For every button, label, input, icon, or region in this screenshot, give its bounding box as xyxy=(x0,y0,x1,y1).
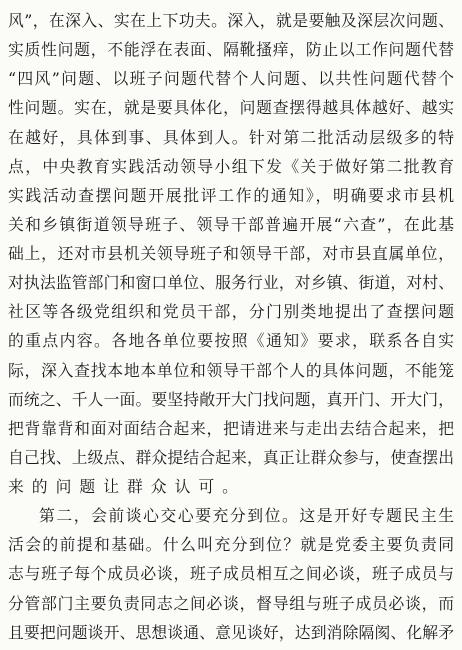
text-line: 来的问题让群众认可。 xyxy=(8,472,454,501)
text-line: 性问题。实在，就是要具体化，问题查摆得越具体越好、越实 xyxy=(8,93,454,122)
scanned-document-page: 风”，在深入、实在上下功夫。深入，就是要触及深层次问题、 实质性问题，不能浮在表… xyxy=(0,0,462,650)
text-line: 实践活动查摆问题开展批评工作的通知》，明确要求市县机 xyxy=(8,181,454,210)
text-line: 的重点内容。各地各单位要按照《通知》要求，联系各自实 xyxy=(8,326,454,355)
text-line: 第二，会前谈心交心要充分到位。这是开好专题民主生 xyxy=(8,501,454,530)
text-line: 础上，还对市县机关领导班子和领导干部，对市县直属单位， xyxy=(8,239,454,268)
text-line: 活会的前提和基础。什么叫充分到位？就是党委主要负责同 xyxy=(8,530,454,559)
text-line: 且要把问题谈开、思想谈通、意见谈好，达到消除隔阂、化解矛 xyxy=(8,618,454,647)
text-line: 际，深入查找本地本单位和领导干部个人的具体问题，不能笼 xyxy=(8,356,454,385)
text-line: 对执法监管部门和窗口单位、服务行业，对乡镇、街道，对村、 xyxy=(8,268,454,297)
text-line: 把背靠背和面对面结合起来，把请进来与走出去结合起来，把 xyxy=(8,414,454,443)
text-line: 而统之、千人一面。要坚持敞开大门找问题，真开门、开大门， xyxy=(8,385,454,414)
text-line: 风”，在深入、实在上下功夫。深入，就是要触及深层次问题、 xyxy=(8,6,454,35)
text-line: 志与班子每个成员必谈，班子成员相互之间必谈，班子成员与 xyxy=(8,559,454,588)
text-line: 实质性问题，不能浮在表面、隔靴搔痒，防止以工作问题代替 xyxy=(8,35,454,64)
paragraph-heart-to-heart-talks: 第二，会前谈心交心要充分到位。这是开好专题民主生 活会的前提和基础。什么叫充分到… xyxy=(8,501,454,647)
text-line: 自己找、上级点、群众提结合起来，真正让群众参与，使查摆出 xyxy=(8,443,454,472)
text-line: 分管部门主要负责同志之间必谈，督导组与班子成员必谈，而 xyxy=(8,589,454,618)
text-line: 在越好，具体到事、具体到人。针对第二批活动层级多的特 xyxy=(8,123,454,152)
text-line: 点，中央教育实践活动领导小组下发《关于做好第二批教育 xyxy=(8,152,454,181)
text-line: 社区等各级党组织和党员干部，分门别类地提出了查摆问题 xyxy=(8,297,454,326)
text-line: 关和乡镇街道领导班子、领导干部普遍开展“六查”，在此基 xyxy=(8,210,454,239)
text-line: “四风”问题、以班子问题代替个人问题、以共性问题代替个 xyxy=(8,64,454,93)
paragraph-problem-finding: 风”，在深入、实在上下功夫。深入，就是要触及深层次问题、 实质性问题，不能浮在表… xyxy=(8,6,454,501)
